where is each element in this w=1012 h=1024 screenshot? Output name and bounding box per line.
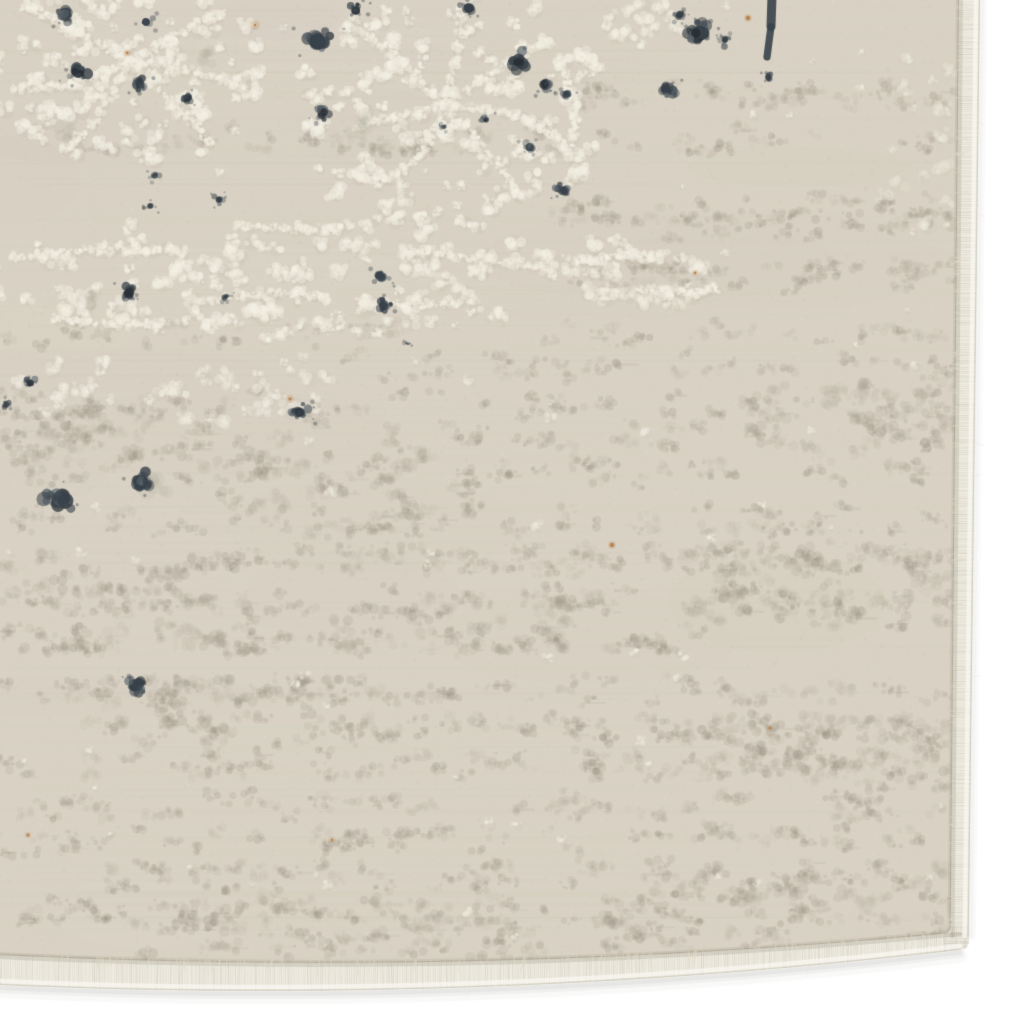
product-photo (0, 0, 1012, 1024)
rug-photo-canvas (0, 0, 1012, 1024)
